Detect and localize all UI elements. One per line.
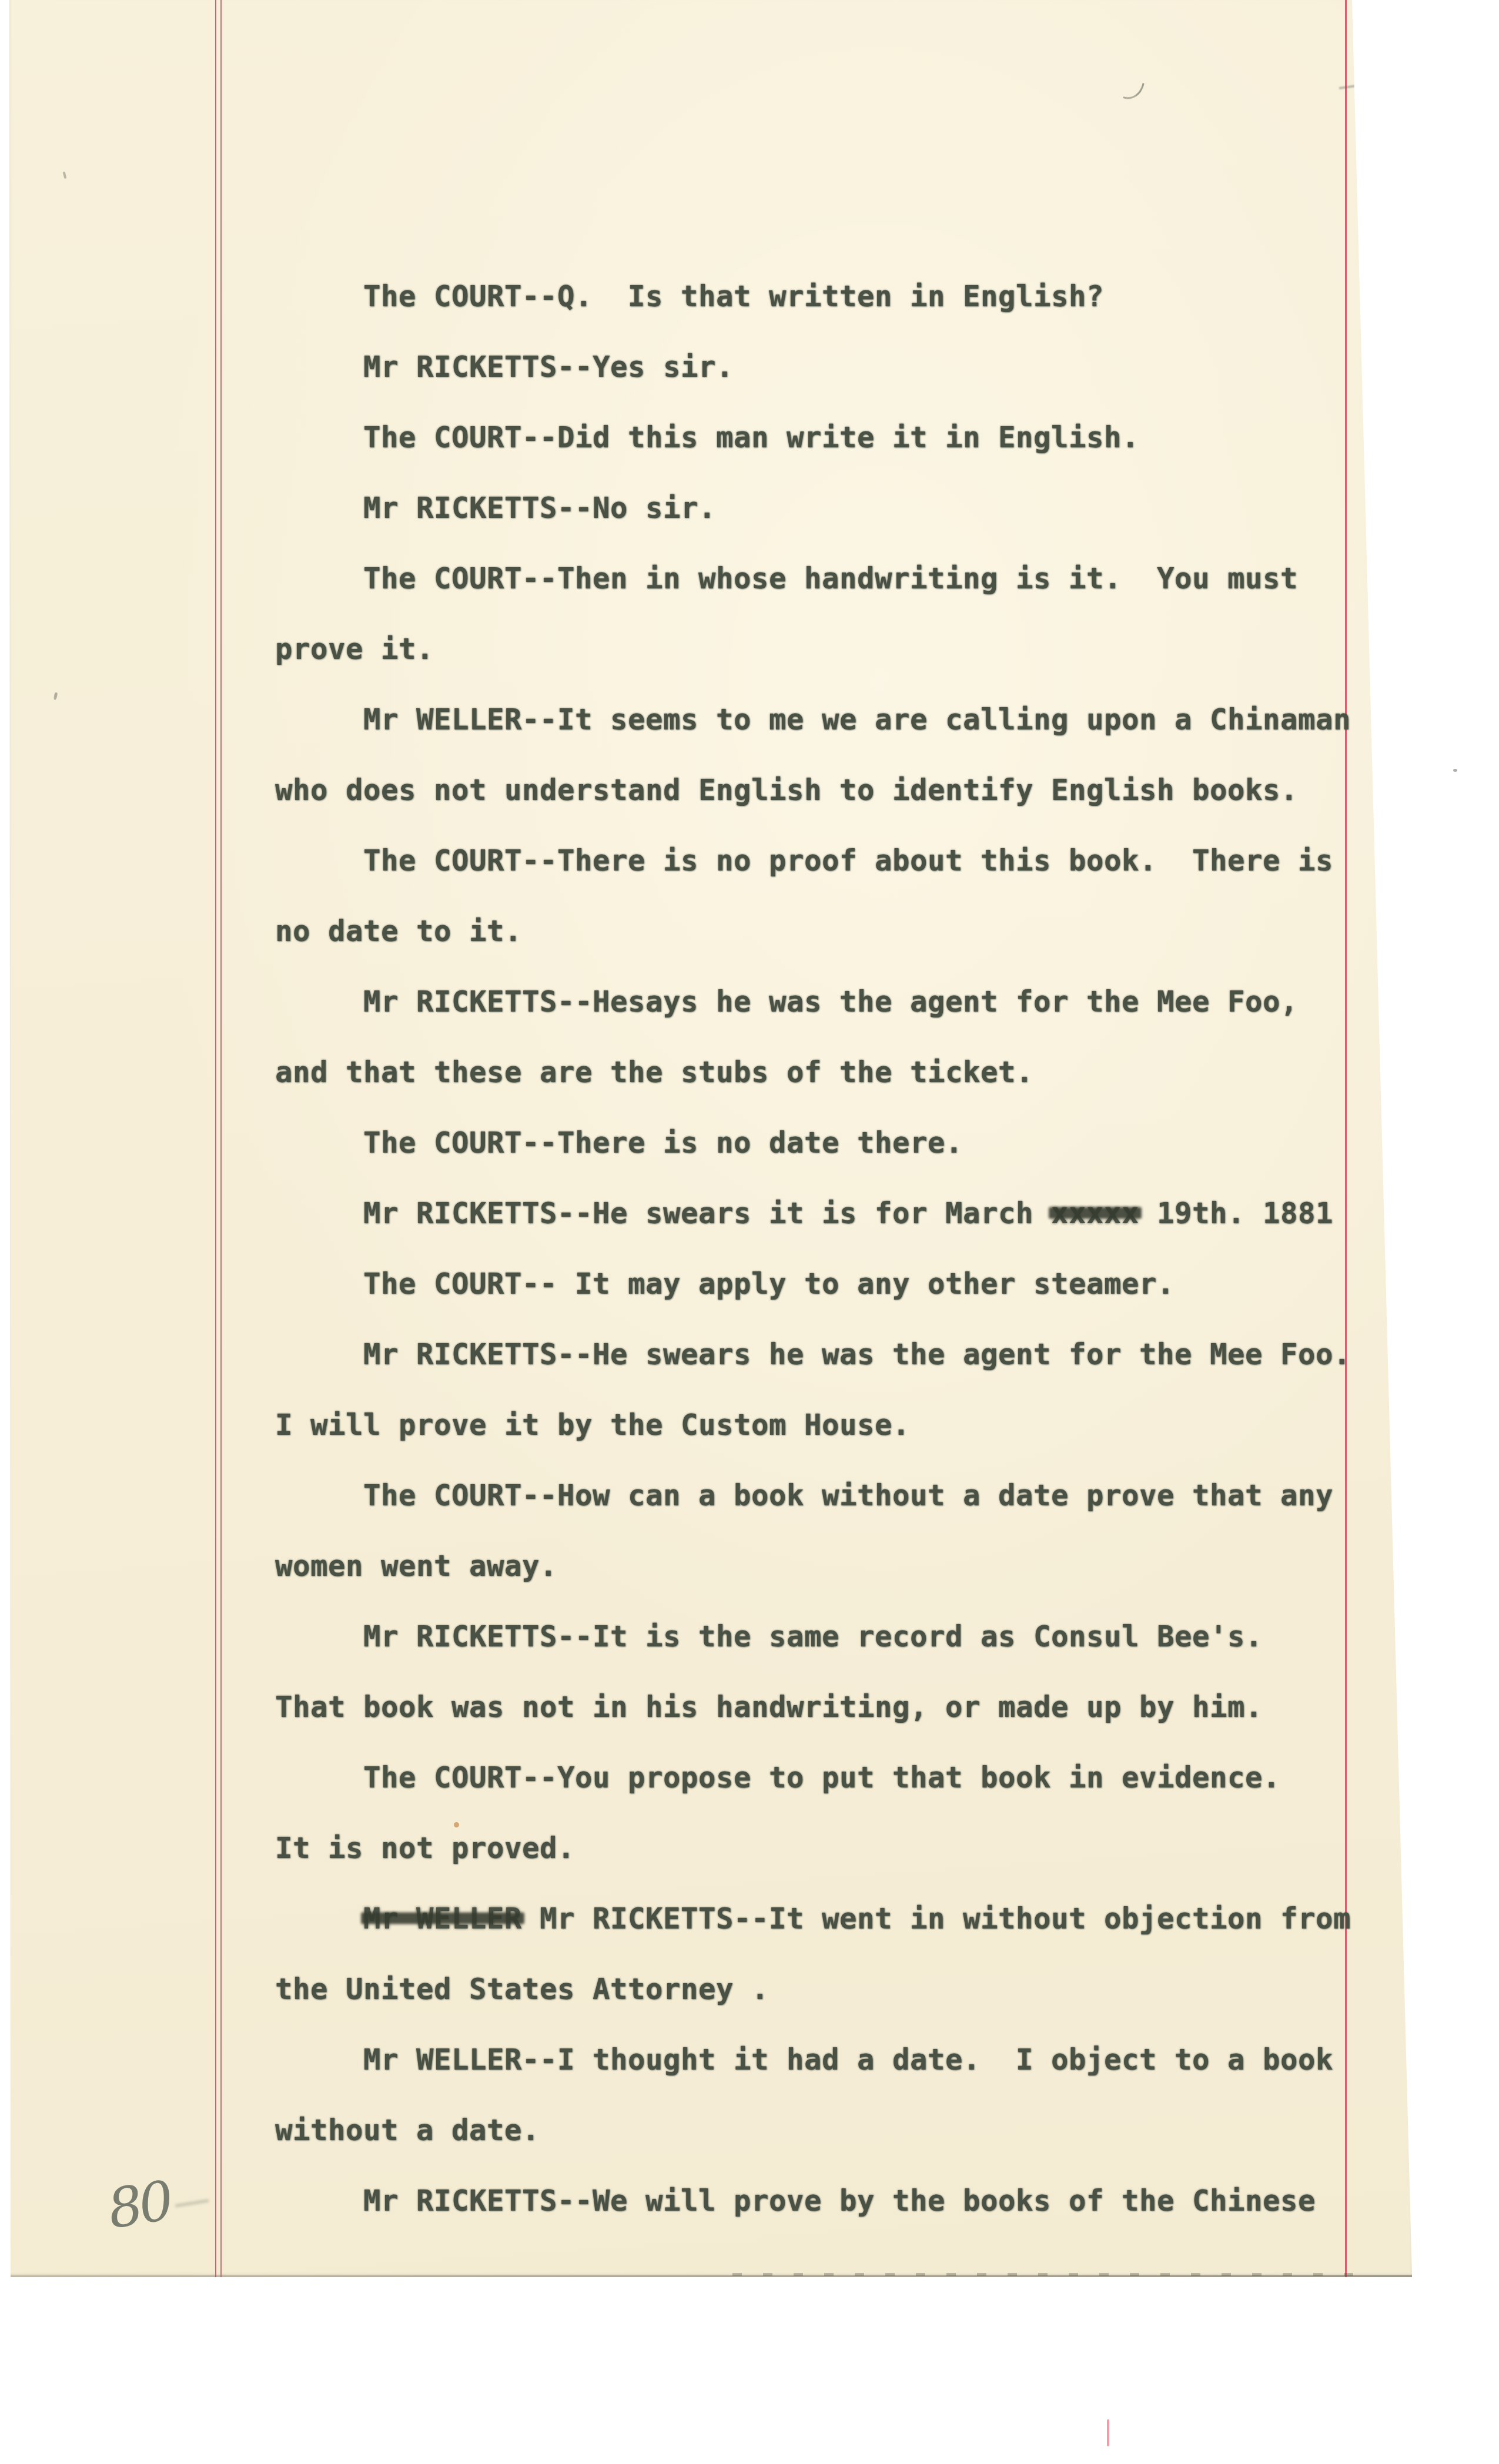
typed-text: Mr RICKETTS--We will prove by the books … <box>363 2166 1316 2237</box>
paper-bottom-edge <box>9 2275 1412 2277</box>
transcript-line: Mr RICKETTS--No sir. <box>275 473 1427 544</box>
transcript-line: The COURT--You propose to put that book … <box>275 1743 1427 1813</box>
typed-text: The COURT--Then in whose handwriting is … <box>363 544 1298 614</box>
transcript-line: Mr WELLER--It seems to me we are calling… <box>275 685 1427 755</box>
typed-text: Mr RICKETTS--Hesays he was the agent for… <box>363 967 1298 1037</box>
typed-text: Mr WELLER--I thought it had a date. I ob… <box>363 2025 1333 2095</box>
struck-out-text: xxxxx <box>1051 1179 1139 1249</box>
typed-text: The COURT--How can a book without a date… <box>363 1461 1333 1531</box>
typed-text: Mr RICKETTS--He swears it is for March <box>363 1179 1051 1249</box>
transcript-line: That book was not in his handwriting, or… <box>275 1672 1427 1743</box>
ink-smudge-curl <box>1123 79 1144 102</box>
typed-text: Mr RICKETTS--It is the same record as Co… <box>363 1602 1263 1672</box>
typed-text: The COURT--Q. Is that written in English… <box>363 262 1104 332</box>
transcript-line: The COURT--Did this man write it in Engl… <box>275 403 1427 473</box>
typed-text: Mr WELLER--It seems to me we are calling… <box>363 685 1351 755</box>
typed-text: The COURT--There is no date there. <box>363 1108 963 1179</box>
transcript-line: The COURT--Then in whose handwriting is … <box>275 544 1427 614</box>
typed-text: women went away. <box>275 1531 557 1602</box>
typed-text: The COURT--You propose to put that book … <box>363 1743 1280 1813</box>
transcript-line: and that these are the stubs of the tick… <box>275 1037 1427 1108</box>
ink-speck-comma <box>53 692 58 701</box>
transcript-line: I will prove it by the Custom House. <box>275 1390 1427 1461</box>
transcript-line: Mr WELLER Mr RICKETTS--It went in withou… <box>275 1884 1427 1954</box>
typed-text: no date to it. <box>275 896 522 967</box>
transcript-line: the United States Attorney . <box>275 1954 1427 2025</box>
transcript-line: without a date. <box>275 2095 1427 2166</box>
typed-text: Mr RICKETTS--He swears he was the agent … <box>363 1320 1351 1390</box>
typed-text: who does not understand English to ident… <box>275 755 1298 826</box>
transcript-line: Mr RICKETTS--Hesays he was the agent for… <box>275 967 1427 1037</box>
left-margin-double-rule <box>215 0 222 2277</box>
transcript-line: no date to it. <box>275 896 1427 967</box>
typed-text: the United States Attorney . <box>275 1954 769 2025</box>
transcript-line: Mr RICKETTS--Yes sir. <box>275 332 1427 403</box>
typed-text: without a date. <box>275 2095 540 2166</box>
transcript-line: prove it. <box>275 614 1427 685</box>
typed-text: The COURT-- It may apply to any other st… <box>363 1249 1175 1320</box>
transcript-line: Mr WELLER--I thought it had a date. I ob… <box>275 2025 1427 2095</box>
ink-smudge-dash <box>1339 85 1357 89</box>
transcript-line: Mr RICKETTS--He swears he was the agent … <box>275 1320 1427 1390</box>
transcript-line: Mr RICKETTS--It is the same record as Co… <box>275 1602 1427 1672</box>
typed-text: 19th. 1881 <box>1139 1179 1333 1249</box>
transcript-paper-sheet: The COURT--Q. Is that written in English… <box>9 0 1412 2277</box>
handwritten-page-number: 80 <box>103 2169 175 2241</box>
scanned-document-page: The COURT--Q. Is that written in English… <box>0 0 1499 2464</box>
typed-text: The COURT--There is no proof about this … <box>363 826 1333 896</box>
typed-text: The COURT--Did this man write it in Engl… <box>363 403 1139 473</box>
transcript-line: It is not proved. <box>275 1813 1427 1884</box>
transcript-line: The COURT-- It may apply to any other st… <box>275 1249 1427 1320</box>
typed-text: Mr RICKETTS--No sir. <box>363 473 716 544</box>
transcript-line: The COURT--There is no date there. <box>275 1108 1427 1179</box>
typed-text: Mr RICKETTS--Yes sir. <box>363 332 734 403</box>
typed-text: prove it. <box>275 614 434 685</box>
transcript-line: The COURT--Q. Is that written in English… <box>275 262 1427 332</box>
red-ink-tick-below-paper <box>1107 2419 1109 2446</box>
typed-text: Mr RICKETTS--It went in without objectio… <box>522 1884 1351 1954</box>
transcript-line: women went away. <box>275 1531 1427 1602</box>
struck-out-text: Mr WELLER <box>363 1884 522 1954</box>
dust-speck <box>1453 769 1457 772</box>
typed-text: I will prove it by the Custom House. <box>275 1390 910 1461</box>
transcript-line: who does not understand English to ident… <box>275 755 1427 826</box>
transcript-line: The COURT--There is no proof about this … <box>275 826 1427 896</box>
transcript-line: Mr RICKETTS--He swears it is for March x… <box>275 1179 1427 1249</box>
ink-speck-tick <box>63 172 67 179</box>
typed-text: That book was not in his handwriting, or… <box>275 1672 1263 1743</box>
typed-text: It is not proved. <box>275 1813 575 1884</box>
transcript-line: Mr RICKETTS--We will prove by the books … <box>275 2166 1427 2237</box>
transcript-line: The COURT--How can a book without a date… <box>275 1461 1427 1531</box>
transcript-text-block: The COURT--Q. Is that written in English… <box>275 262 1427 2237</box>
typed-text: and that these are the stubs of the tick… <box>275 1037 1033 1108</box>
